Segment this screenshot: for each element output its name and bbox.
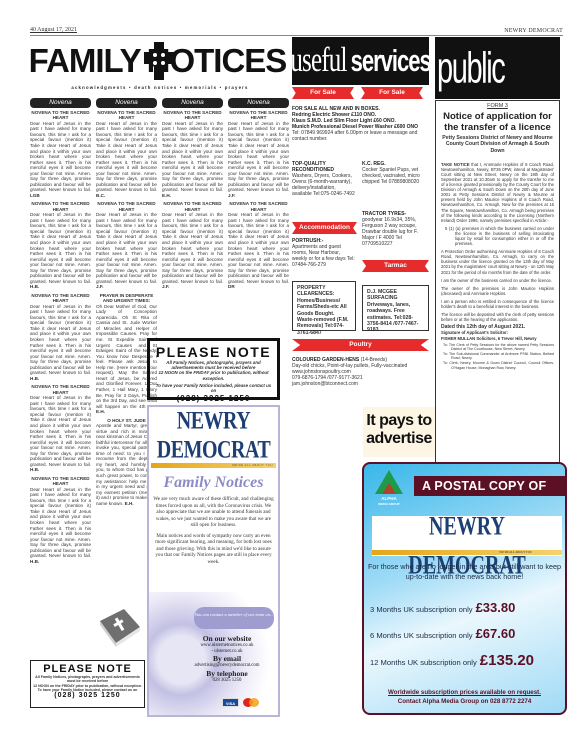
ribbon-for-sale: For Sale — [292, 87, 354, 99]
please-note-title: PLEASE NOTE — [33, 663, 142, 675]
bible-icon — [94, 607, 142, 649]
newry-democrat-logo: NEWRY DEMOCRAT WE'RE ALL ABOUT YOU — [372, 516, 562, 556]
recipient: To: Clerk, Newry, Mourne & Down District… — [441, 361, 554, 369]
postal-tagline: For those who are no longer in the area … — [368, 562, 561, 582]
phone-heading: By telephone — [182, 669, 272, 678]
novena-body: Dear Heart of Jesus in the past I have a… — [30, 395, 91, 473]
portrush-ad: PORTRUSH:-Apartments and guest rooms, Ne… — [292, 238, 356, 268]
subscription-6-months: 6 Months UK subscription only£67.60 — [370, 626, 515, 641]
novena-body: Dear Heart of Jesus in the past I have a… — [30, 212, 91, 290]
contact-pill: You can contact a member of our team on.… — [194, 607, 274, 629]
ad-heading: Family Notices — [149, 474, 278, 492]
novena-body: Dear Heart of Jesus in the past I have a… — [96, 121, 157, 199]
novena-body: Dear Heart of Jesus in the past I have a… — [162, 212, 223, 290]
novena-heading: NOVENA TO THE SACRED HEART — [162, 110, 223, 121]
novena-column-3: Novena NOVENA TO THE SACRED HEART Dear H… — [162, 98, 223, 293]
header-word: useful — [290, 41, 346, 80]
novena-tab: Novena — [30, 98, 91, 108]
novena-column-1: Novena NOVENA TO THE SACRED HEART Dear H… — [30, 98, 91, 567]
novena-body: Dear Heart of Jesus in the past I have a… — [30, 487, 91, 565]
novena-heading: NOVENA TO THE SACRED HEART — [228, 110, 289, 121]
notice-paragraph: 5 (1) (a) premises in which the business… — [441, 226, 554, 246]
novena-body: Dear Heart of Jesus in the past I have a… — [30, 121, 91, 199]
form-number: FORM 3 — [441, 104, 554, 109]
public-notices-header: public notices — [435, 37, 560, 99]
postal-footer: Worldwide subscription prices available … — [368, 688, 561, 706]
header-word: services — [351, 43, 431, 79]
family-notices-ad: NEWRY DEMOCRAT WE'RE ALL ABOUT YOU Famil… — [147, 405, 280, 717]
kc-reg-ad: K.C. REG.Cocker Spaniel Pups, vet checke… — [362, 161, 429, 185]
notice-paragraph: TAKE NOTICE that I, Annmarie Hopkins of … — [441, 162, 554, 223]
for-sale-ad: FOR SALE ALL NEW AND IN BOXES. Redring E… — [292, 106, 429, 142]
ribbon-tarmac: Tarmac — [362, 260, 429, 272]
recipient: To: The Clerk of Petty Sessions for the … — [441, 343, 554, 351]
novena-heading: NOVENA TO THE SACRED HEART — [30, 293, 91, 304]
novena-heading: NOVENA TO THE SACRED HEART — [30, 201, 91, 212]
recipient: To: The Sub-divisional Commander at Ardm… — [441, 352, 554, 360]
alpha-media-logo-icon: ALPHAMEDIA GROUP — [369, 470, 409, 510]
payment-cards: VISA — [222, 698, 260, 707]
email-link[interactable]: advertising@newrydemocrat.com — [182, 663, 272, 669]
contact-info: On our website www.ulsternetnotices.co.u… — [182, 634, 272, 683]
tractor-ad: TRACTOR TYRES-goodyear 16.9x34, 35%, Fer… — [362, 211, 429, 247]
visa-card-icon: VISA — [222, 698, 239, 707]
novena-body: Dear Heart of Jesus in the past I have a… — [96, 212, 157, 290]
poultry-email[interactable]: jam.johnston@btconnect.com — [292, 381, 358, 387]
please-note-phone: (028) 3025 1250 — [33, 692, 142, 699]
postal-copy-ad: A POSTAL COPY OF ALPHAMEDIA GROUP NEWRY … — [362, 462, 567, 715]
please-note-line: All Family Notices, photographs, prayers… — [154, 360, 273, 370]
please-note-title: PLEASE NOTE — [154, 344, 273, 360]
please-note-line: 12 NOON on the FRIDAY prior to publicati… — [154, 370, 273, 380]
notice-district: Petty Sessions District of Newry and Mou… — [441, 135, 554, 154]
notice-paragraph: I am a person who is entitled in consequ… — [441, 299, 554, 309]
subscription-3-months: 3 Months UK subscription only£33.80 — [370, 600, 515, 615]
ad-paragraph: We are very much aware of these difficul… — [149, 496, 278, 529]
phone-number: 028 3025 1250 — [182, 678, 272, 684]
it-pays-to-advertise: It pays to advertise — [363, 407, 435, 457]
please-note-phone: (028) 3025 1250 — [154, 394, 273, 403]
family-notices-title: FAMILY NOTICES — [35, 40, 280, 82]
novena-heading: NOVENA TO THE SACRED HEART — [96, 110, 157, 121]
please-note-small: PLEASE NOTE All Family Notices, photogra… — [30, 660, 145, 708]
useful-services-header: useful services — [292, 37, 429, 85]
novena-tab: Novena — [162, 98, 223, 108]
title-left: FAMILY — [29, 42, 141, 80]
novena-body: Dear Heart of Jesus in the past I have a… — [228, 121, 289, 199]
ribbon-accommodation: Accommodation — [292, 222, 357, 234]
postal-bar-heading: A POSTAL COPY OF — [414, 476, 565, 496]
notice-paragraph: The owner of the premises is John Mauric… — [441, 286, 554, 296]
novena-heading: NOVENA TO THE SACRED HEART — [96, 201, 157, 212]
mcgee-surfacing-ad: D.J. MCGEE SURFACING Driveways, lanes, r… — [362, 285, 429, 331]
novena-heading: NOVENA TO THE SACRED HEART — [30, 110, 91, 121]
novena-column-4: Novena NOVENA TO THE SACRED HEART Dear H… — [228, 98, 289, 293]
email-heading: By email — [182, 654, 272, 663]
family-notices-subtitle: acknowledgments • death notices • memori… — [40, 85, 280, 90]
website-heading: On our website — [182, 634, 272, 643]
header-rule — [30, 35, 563, 36]
novena-body: Dear Heart of Jesus in the past I have a… — [162, 121, 223, 199]
please-note-line: All Family Notices, photographs, prayers… — [33, 675, 142, 684]
notice-paragraph: A Protection Order authorising Annmarie … — [441, 249, 554, 274]
ad-paragraph: Main notices and words of sympathy now c… — [149, 533, 278, 566]
subscription-12-months: 12 Months UK subscription only£135.20 — [370, 652, 534, 669]
novena-tab: Novena — [228, 98, 289, 108]
notice-heading: Notice of application for the transfer o… — [441, 111, 554, 133]
property-clearances-ad: PROPERTY CLEARENCES: Homes/Business/ Far… — [292, 281, 356, 331]
novena-heading: NOVENA TO THE SACRED HEART — [30, 384, 91, 395]
newry-democrat-logo: NEWRY DEMOCRAT — [149, 407, 278, 465]
novena-heading: NOVENA TO THE SACRED HEART — [228, 201, 289, 212]
novena-heading: NOVENA TO THE SACRED HEART — [162, 201, 223, 212]
prayer-heading: PRAYER IN DESPERATE AND URGENT TIMES: — [96, 293, 157, 304]
licence-transfer-notice: FORM 3 Notice of application for the tra… — [435, 100, 560, 480]
signature: FISHER MULLAN Solicitors, 6 Trevor Hill,… — [441, 336, 554, 341]
page-folio: 40 August 17, 2021 — [30, 27, 77, 33]
poultry-ad: COLOURED GARDEN-HENS (14-Breeds) Day-old… — [292, 357, 429, 387]
ribbon-for-sale: For Sale — [361, 87, 423, 99]
mastercard-icon — [243, 698, 260, 707]
novena-body: Dear Heart of Jesus in the past I have a… — [30, 304, 91, 382]
publication-name: NEWRY DEMOCRAT — [504, 28, 563, 34]
please-note-line: To have your Family Notice included, ple… — [154, 383, 273, 393]
top-quality-ad: TOP-QUALITY RECONDITIONEDWashers, Dryers… — [292, 161, 356, 197]
notice-paragraph: I am the owner of the business carried o… — [441, 278, 554, 283]
notice-paragraph: The licence will be deposited with the c… — [441, 312, 554, 322]
novena-body: Dear Heart of Jesus in the past I have a… — [228, 212, 289, 290]
please-note-box: PLEASE NOTE All Family Notices, photogra… — [147, 338, 280, 400]
novena-heading: NOVENA TO THE SACRED HEART — [30, 476, 91, 487]
novena-tab: Novena — [96, 98, 157, 108]
ribbon-poultry: Poultry — [292, 339, 429, 351]
